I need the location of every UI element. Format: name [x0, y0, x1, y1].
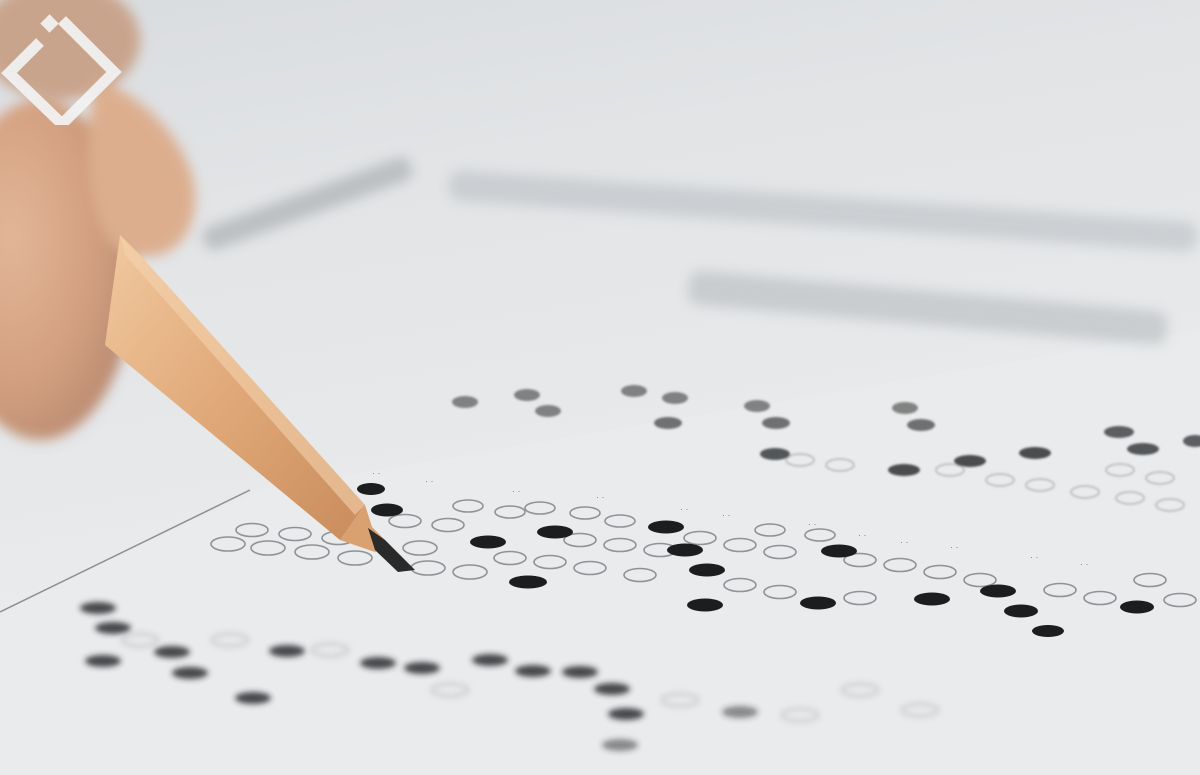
photo-scene: · ·· · · ·· · · ·· · · ·· · · ·· · · ·· …	[0, 0, 1200, 775]
answer-sheet	[0, 155, 1200, 775]
svg-text:· ·: · ·	[808, 519, 817, 529]
svg-text:· ·: · ·	[1080, 559, 1089, 569]
svg-text:· ·: · ·	[372, 468, 381, 478]
watermark-logo-icon	[0, 0, 125, 125]
exam-photo: · ·· · · ·· · · ·· · · ·· · · ·· · · ·· …	[0, 0, 1200, 775]
svg-text:· ·: · ·	[425, 476, 434, 486]
svg-text:· ·: · ·	[596, 492, 605, 502]
background-bubble-rows	[200, 155, 1198, 346]
svg-text:· ·: · ·	[680, 504, 689, 514]
svg-text:· ·: · ·	[512, 486, 521, 496]
svg-text:· ·: · ·	[950, 542, 959, 552]
svg-text:· ·: · ·	[722, 510, 731, 520]
svg-text:· ·: · ·	[1030, 552, 1039, 562]
svg-text:· ·: · ·	[858, 530, 867, 540]
svg-text:· ·: · ·	[900, 537, 909, 547]
